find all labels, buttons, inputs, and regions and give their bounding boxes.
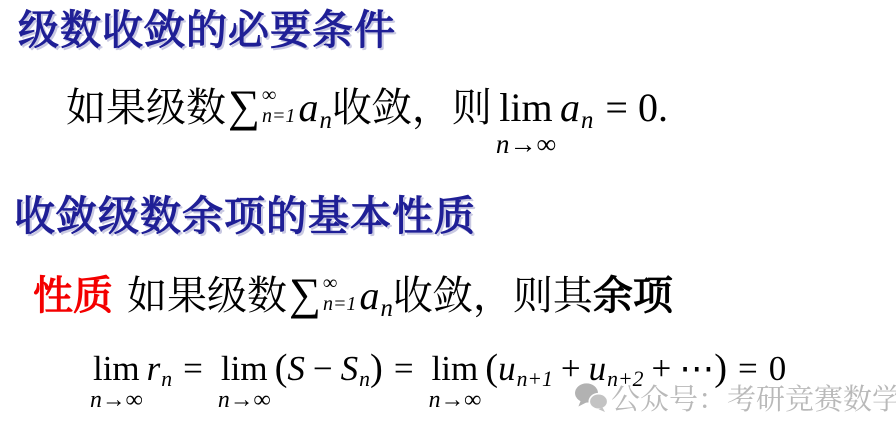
lim-subscript: n→∞ [429,389,482,413]
open-paren: ( [275,348,288,388]
sigma-glyph: ∑ [289,272,321,317]
lim-subscript: n→∞ [496,131,556,158]
limit-operator: lim n→∞ [90,351,143,413]
variable-a: a [359,273,379,318]
subscript-n: n [319,107,331,134]
remainder-emphasis: 余项 [593,275,673,317]
limit-operator: lim n→∞ [429,351,482,413]
variable-S: S [287,351,305,388]
plus-sign: + [651,351,671,388]
term-a-n: an [359,275,392,322]
statement2-prefix: 如果级数 [127,275,287,317]
sum-lower-limit: n=1 [323,294,357,316]
property-label: 性质 [33,275,113,317]
close-paren: ) [370,348,383,388]
sum-upper-limit: ∞ [262,85,276,107]
equals-sign: = [738,351,758,388]
property-statement: 性质 如果级数 ∑ ∞ n=1 an 收敛，则其 余项 [33,272,673,322]
term-a-n: an [298,87,331,134]
subscript-n: n [161,367,172,391]
section1-heading: 级数收敛的必要条件 [18,8,396,53]
lim-word: lim [499,88,552,128]
statement2-mid: 收敛，则其 [393,275,593,317]
equals-sign: = [394,351,414,388]
open-paren: ( [485,348,498,388]
term-a-n: an [560,87,593,134]
section2-heading: 收敛级数余项的基本性质 [14,194,476,239]
ellipsis-dots: ⋯ [679,351,714,388]
statement1-prefix: 如果级数 [66,87,226,129]
variable-r: r [147,349,161,388]
variable-a: a [560,85,580,130]
variable-u: u [589,349,607,388]
sum-upper-limit: ∞ [323,273,337,295]
plus-sign: + [561,351,581,388]
term-r-n: rn [147,351,172,391]
remainder-formula: lim n→∞ rn = lim n→∞ ( S − Sn ) = lim n→… [86,348,786,413]
subscript-n: n [359,367,370,391]
sum-lower-limit: n=1 [262,106,296,128]
lim-subscript: n→∞ [218,389,271,413]
subscript-n: n [380,295,392,322]
equals-sign: = [183,351,203,388]
subscript-n-plus-1: n+1 [517,367,553,391]
summation-symbol: ∑ ∞ n=1 [228,84,295,129]
equals-zero: = 0. [605,87,668,129]
sigma-glyph: ∑ [228,84,260,129]
lim-subscript: n→∞ [90,389,143,413]
close-paren: ) [714,348,727,388]
summation-limits: ∞ n=1 [262,85,296,128]
term-u-n2: un+2 [589,351,644,391]
slide: 级数收敛的必要条件 如果级数 ∑ ∞ n=1 an 收敛，则 lim n→∞ a… [0,0,896,421]
variable-u: u [498,349,516,388]
variable-S: S [341,349,359,388]
lim-word: lim [93,351,140,386]
limit-operator: lim n→∞ [496,88,556,158]
term-S-n: Sn [341,351,370,391]
section1-statement: 如果级数 ∑ ∞ n=1 an 收敛，则 lim n→∞ an = 0. [66,84,668,158]
variable-a: a [298,85,318,130]
subscript-n: n [581,107,593,134]
summation-symbol: ∑ ∞ n=1 [289,272,356,317]
lim-word: lim [221,351,268,386]
zero-value: 0 [769,351,787,388]
summation-limits: ∞ n=1 [323,273,357,316]
term-u-n1: un+1 [498,351,553,391]
limit-operator: lim n→∞ [218,351,271,413]
statement1-mid: 收敛，则 [332,87,492,129]
lim-word: lim [432,351,479,386]
subscript-n-plus-2: n+2 [607,367,643,391]
minus-sign: − [313,351,333,388]
